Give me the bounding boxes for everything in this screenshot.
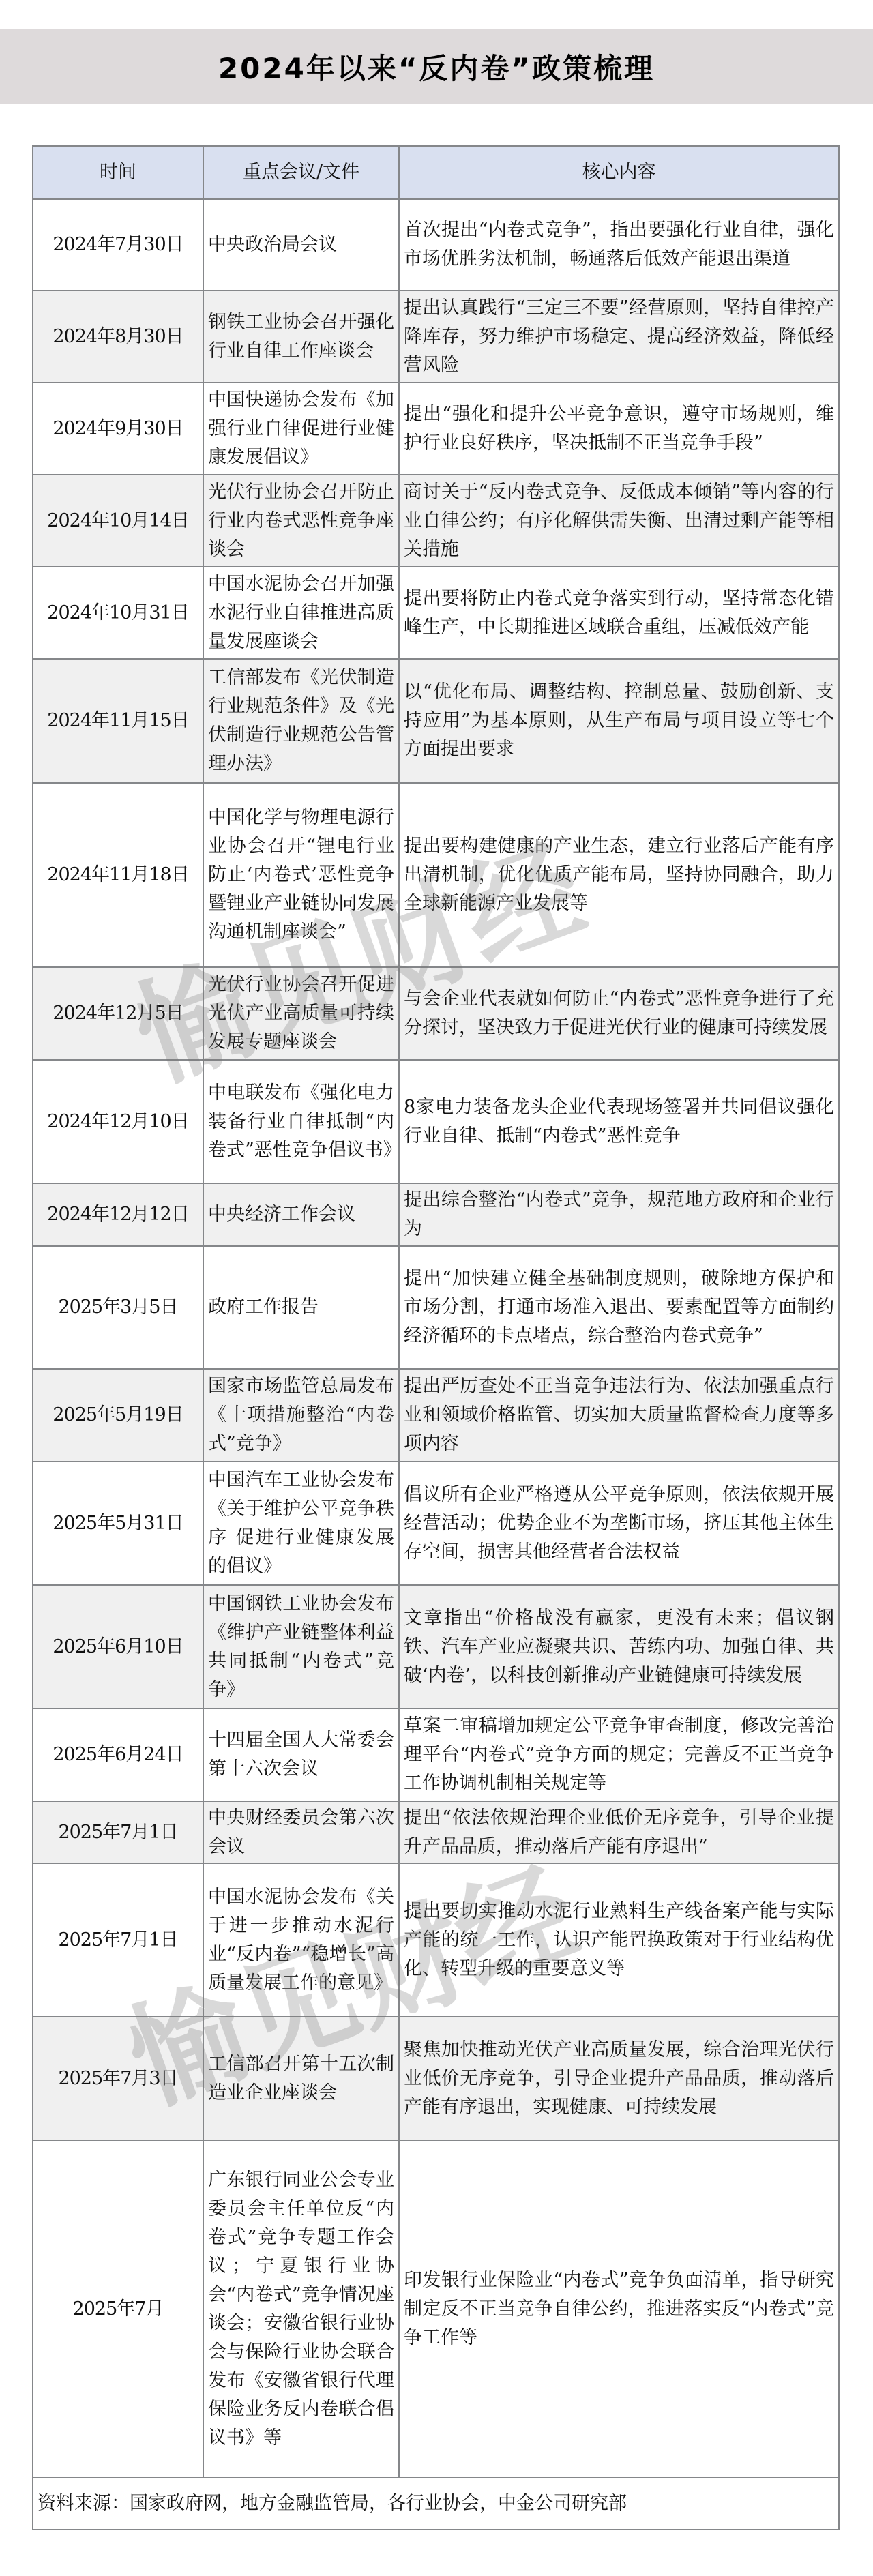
cell-date: 2025年7月1日: [33, 1801, 203, 1863]
cell-meeting: 中电联发布《强化电力装备行业自律抵制“内卷式”恶性竞争倡议书》: [203, 1060, 399, 1183]
cell-content: 商讨关于“反内卷式竞争、反低成本倾销”等内容的行业自律公约；有序化解供需失衡、出…: [399, 475, 839, 567]
table-row: 2025年7月 广东银行同业公会专业委员会主任单位反“内卷式”竞争专题工作会议；…: [33, 2140, 839, 2478]
cell-content: 提出“强化和提升公平竞争意识，遵守市场规则，维护行业良好秩序，坚决抵制不正当竞争…: [399, 383, 839, 475]
source-row: 资料来源：国家政府网，地方金融监管局，各行业协会，中金公司研究部: [33, 2478, 839, 2530]
header-meeting: 重点会议/文件: [203, 146, 399, 199]
cell-date: 2024年10月14日: [33, 475, 203, 567]
cell-date: 2024年12月5日: [33, 967, 203, 1060]
table-row: 2024年11月18日 中国化学与物理电源行业协会召开“锂电行业防止‘内卷式’恶…: [33, 783, 839, 967]
cell-date: 2024年8月30日: [33, 291, 203, 383]
cell-date: 2025年3月5日: [33, 1246, 203, 1369]
table-row: 2024年9月30日 中国快递协会发布《加强行业自律促进行业健康发展倡议》 提出…: [33, 383, 839, 475]
cell-date: 2025年5月19日: [33, 1369, 203, 1462]
cell-date: 2024年12月10日: [33, 1060, 203, 1183]
cell-meeting: 工信部发布《光伏制造行业规范条件》及《光伏制造行业规范公告管理办法》: [203, 659, 399, 783]
cell-date: 2025年5月31日: [33, 1462, 203, 1585]
cell-content: 提出综合整治“内卷式”竞争，规范地方政府和企业行为: [399, 1183, 839, 1246]
cell-meeting: 广东银行同业公会专业委员会主任单位反“内卷式”竞争专题工作会议；宁夏银行业协会“…: [203, 2140, 399, 2478]
cell-meeting: 中央政治局会议: [203, 199, 399, 291]
table-row: 2024年12月10日 中电联发布《强化电力装备行业自律抵制“内卷式”恶性竞争倡…: [33, 1060, 839, 1183]
cell-content: 以“优化布局、调整结构、控制总量、鼓励创新、支持应用”为基本原则，从生产布局与项…: [399, 659, 839, 783]
cell-date: 2024年9月30日: [33, 383, 203, 475]
cell-content: 提出认真践行“三定三不要”经营原则，坚持自律控产降库存，努力维护市场稳定、提高经…: [399, 291, 839, 383]
header-content: 核心内容: [399, 146, 839, 199]
table-row: 2024年10月14日 光伏行业协会召开防止行业内卷式恶性竞争座谈会 商讨关于“…: [33, 475, 839, 567]
cell-content: 聚焦加快推动光伏产业高质量发展，综合治理光伏行业低价无序竞争，引导企业提升产品品…: [399, 2017, 839, 2140]
cell-meeting: 中国化学与物理电源行业协会召开“锂电行业防止‘内卷式’恶性竞争暨锂业产业链协同发…: [203, 783, 399, 967]
table-row: 2024年7月30日 中央政治局会议 首次提出“内卷式竞争”，指出要强化行业自律…: [33, 199, 839, 291]
page-title: 2024年以来“反内卷”政策梳理: [218, 46, 655, 87]
cell-content: 提出严厉查处不正当竞争违法行为、依法加强重点行业和领域价格监管、切实加大质量监督…: [399, 1369, 839, 1462]
table-row: 2024年12月5日 光伏行业协会召开促进光伏产业高质量可持续发展专题座谈会 与…: [33, 967, 839, 1060]
cell-meeting: 中央经济工作会议: [203, 1183, 399, 1246]
cell-meeting: 国家市场监管总局发布《十项措施整治“内卷式”竞争》: [203, 1369, 399, 1462]
cell-content: 印发银行业保险业“内卷式”竞争负面清单，指导研究制定反不正当竞争自律公约，推进落…: [399, 2140, 839, 2478]
table-header-row: 时间 重点会议/文件 核心内容: [33, 146, 839, 199]
cell-meeting: 工信部召开第十五次制造业企业座谈会: [203, 2017, 399, 2140]
cell-date: 2024年12月12日: [33, 1183, 203, 1246]
cell-date: 2025年7月: [33, 2140, 203, 2478]
table-row: 2024年8月30日 钢铁工业协会召开强化行业自律工作座谈会 提出认真践行“三定…: [33, 291, 839, 383]
policy-table: 时间 重点会议/文件 核心内容 2024年7月30日 中央政治局会议 首次提出“…: [32, 145, 840, 2530]
table-body: 2024年7月30日 中央政治局会议 首次提出“内卷式竞争”，指出要强化行业自律…: [33, 199, 839, 2478]
cell-date: 2024年10月31日: [33, 567, 203, 659]
cell-meeting: 中国水泥协会召开加强水泥行业自律推进高质量发展座谈会: [203, 567, 399, 659]
cell-content: 首次提出“内卷式竞争”，指出要强化行业自律，强化市场优胜劣汰机制，畅通落后低效产…: [399, 199, 839, 291]
cell-meeting: 政府工作报告: [203, 1246, 399, 1369]
source-note: 资料来源：国家政府网，地方金融监管局，各行业协会，中金公司研究部: [33, 2478, 839, 2530]
cell-content: 提出要切实推动水泥行业熟料生产线备案产能与实际产能的统一工作，认识产能置换政策对…: [399, 1863, 839, 2017]
table-row: 2024年10月31日 中国水泥协会召开加强水泥行业自律推进高质量发展座谈会 提…: [33, 567, 839, 659]
table-row: 2025年6月10日 中国钢铁工业协会发布《维护产业链整体利益 共同抵制“内卷式…: [33, 1585, 839, 1708]
cell-content: 文章指出“价格战没有赢家，更没有未来；倡议钢铁、汽车产业应凝聚共识、苦练内功、加…: [399, 1585, 839, 1708]
cell-content: 与会企业代表就如何防止“内卷式”恶性竞争进行了充分探讨，坚决致力于促进光伏行业的…: [399, 967, 839, 1060]
table-row: 2025年7月1日 中国水泥协会发布《关于进一步推动水泥行业“反内卷”“稳增长”…: [33, 1863, 839, 2017]
table-row: 2024年12月12日 中央经济工作会议 提出综合整治“内卷式”竞争，规范地方政…: [33, 1183, 839, 1246]
title-banner: 2024年以来“反内卷”政策梳理: [0, 29, 873, 104]
cell-meeting: 中国钢铁工业协会发布《维护产业链整体利益 共同抵制“内卷式”竞争》: [203, 1585, 399, 1708]
cell-content: 提出“依法依规治理企业低价无序竞争，引导企业提升产品品质，推动落后产能有序退出”: [399, 1801, 839, 1863]
cell-meeting: 中国快递协会发布《加强行业自律促进行业健康发展倡议》: [203, 383, 399, 475]
table-row: 2025年5月19日 国家市场监管总局发布《十项措施整治“内卷式”竞争》 提出严…: [33, 1369, 839, 1462]
cell-content: 倡议所有企业严格遵从公平竞争原则，依法依规开展经营活动；优势企业不为垄断市场，挤…: [399, 1462, 839, 1585]
cell-date: 2025年7月1日: [33, 1863, 203, 2017]
cell-date: 2025年7月3日: [33, 2017, 203, 2140]
cell-meeting: 光伏行业协会召开促进光伏产业高质量可持续发展专题座谈会: [203, 967, 399, 1060]
cell-date: 2024年11月15日: [33, 659, 203, 783]
cell-meeting: 中央财经委员会第六次会议: [203, 1801, 399, 1863]
cell-date: 2025年6月10日: [33, 1585, 203, 1708]
cell-content: 提出要将防止内卷式竞争落实到行动，坚持常态化错峰生产，中长期推进区域联合重组，压…: [399, 567, 839, 659]
table-row: 2025年6月24日 十四届全国人大常委会第十六次会议 草案二审稿增加规定公平竞…: [33, 1708, 839, 1801]
cell-date: 2024年7月30日: [33, 199, 203, 291]
table-row: 2025年7月3日 工信部召开第十五次制造业企业座谈会 聚焦加快推动光伏产业高质…: [33, 2017, 839, 2140]
table-row: 2024年11月15日 工信部发布《光伏制造行业规范条件》及《光伏制造行业规范公…: [33, 659, 839, 783]
cell-content: 提出要构建健康的产业生态，建立行业落后产能有序出清机制，优化优质产能布局，坚持协…: [399, 783, 839, 967]
cell-meeting: 十四届全国人大常委会第十六次会议: [203, 1708, 399, 1801]
cell-meeting: 中国汽车工业协会发布《关于维护公平竞争秩序 促进行业健康发展的倡议》: [203, 1462, 399, 1585]
cell-content: 8家电力装备龙头企业代表现场签署并共同倡议强化行业自律、抵制“内卷式”恶性竞争: [399, 1060, 839, 1183]
cell-content: 提出“加快建立健全基础制度规则，破除地方保护和市场分割，打通市场准入退出、要素配…: [399, 1246, 839, 1369]
cell-meeting: 中国水泥协会发布《关于进一步推动水泥行业“反内卷”“稳增长”高质量发展工作的意见…: [203, 1863, 399, 2017]
table-row: 2025年3月5日 政府工作报告 提出“加快建立健全基础制度规则，破除地方保护和…: [33, 1246, 839, 1369]
cell-date: 2024年11月18日: [33, 783, 203, 967]
table-row: 2025年7月1日 中央财经委员会第六次会议 提出“依法依规治理企业低价无序竞争…: [33, 1801, 839, 1863]
cell-meeting: 钢铁工业协会召开强化行业自律工作座谈会: [203, 291, 399, 383]
cell-date: 2025年6月24日: [33, 1708, 203, 1801]
table-row: 2025年5月31日 中国汽车工业协会发布《关于维护公平竞争秩序 促进行业健康发…: [33, 1462, 839, 1585]
header-time: 时间: [33, 146, 203, 199]
cell-content: 草案二审稿增加规定公平竞争审查制度，修改完善治理平台“内卷式”竞争方面的规定；完…: [399, 1708, 839, 1801]
cell-meeting: 光伏行业协会召开防止行业内卷式恶性竞争座谈会: [203, 475, 399, 567]
